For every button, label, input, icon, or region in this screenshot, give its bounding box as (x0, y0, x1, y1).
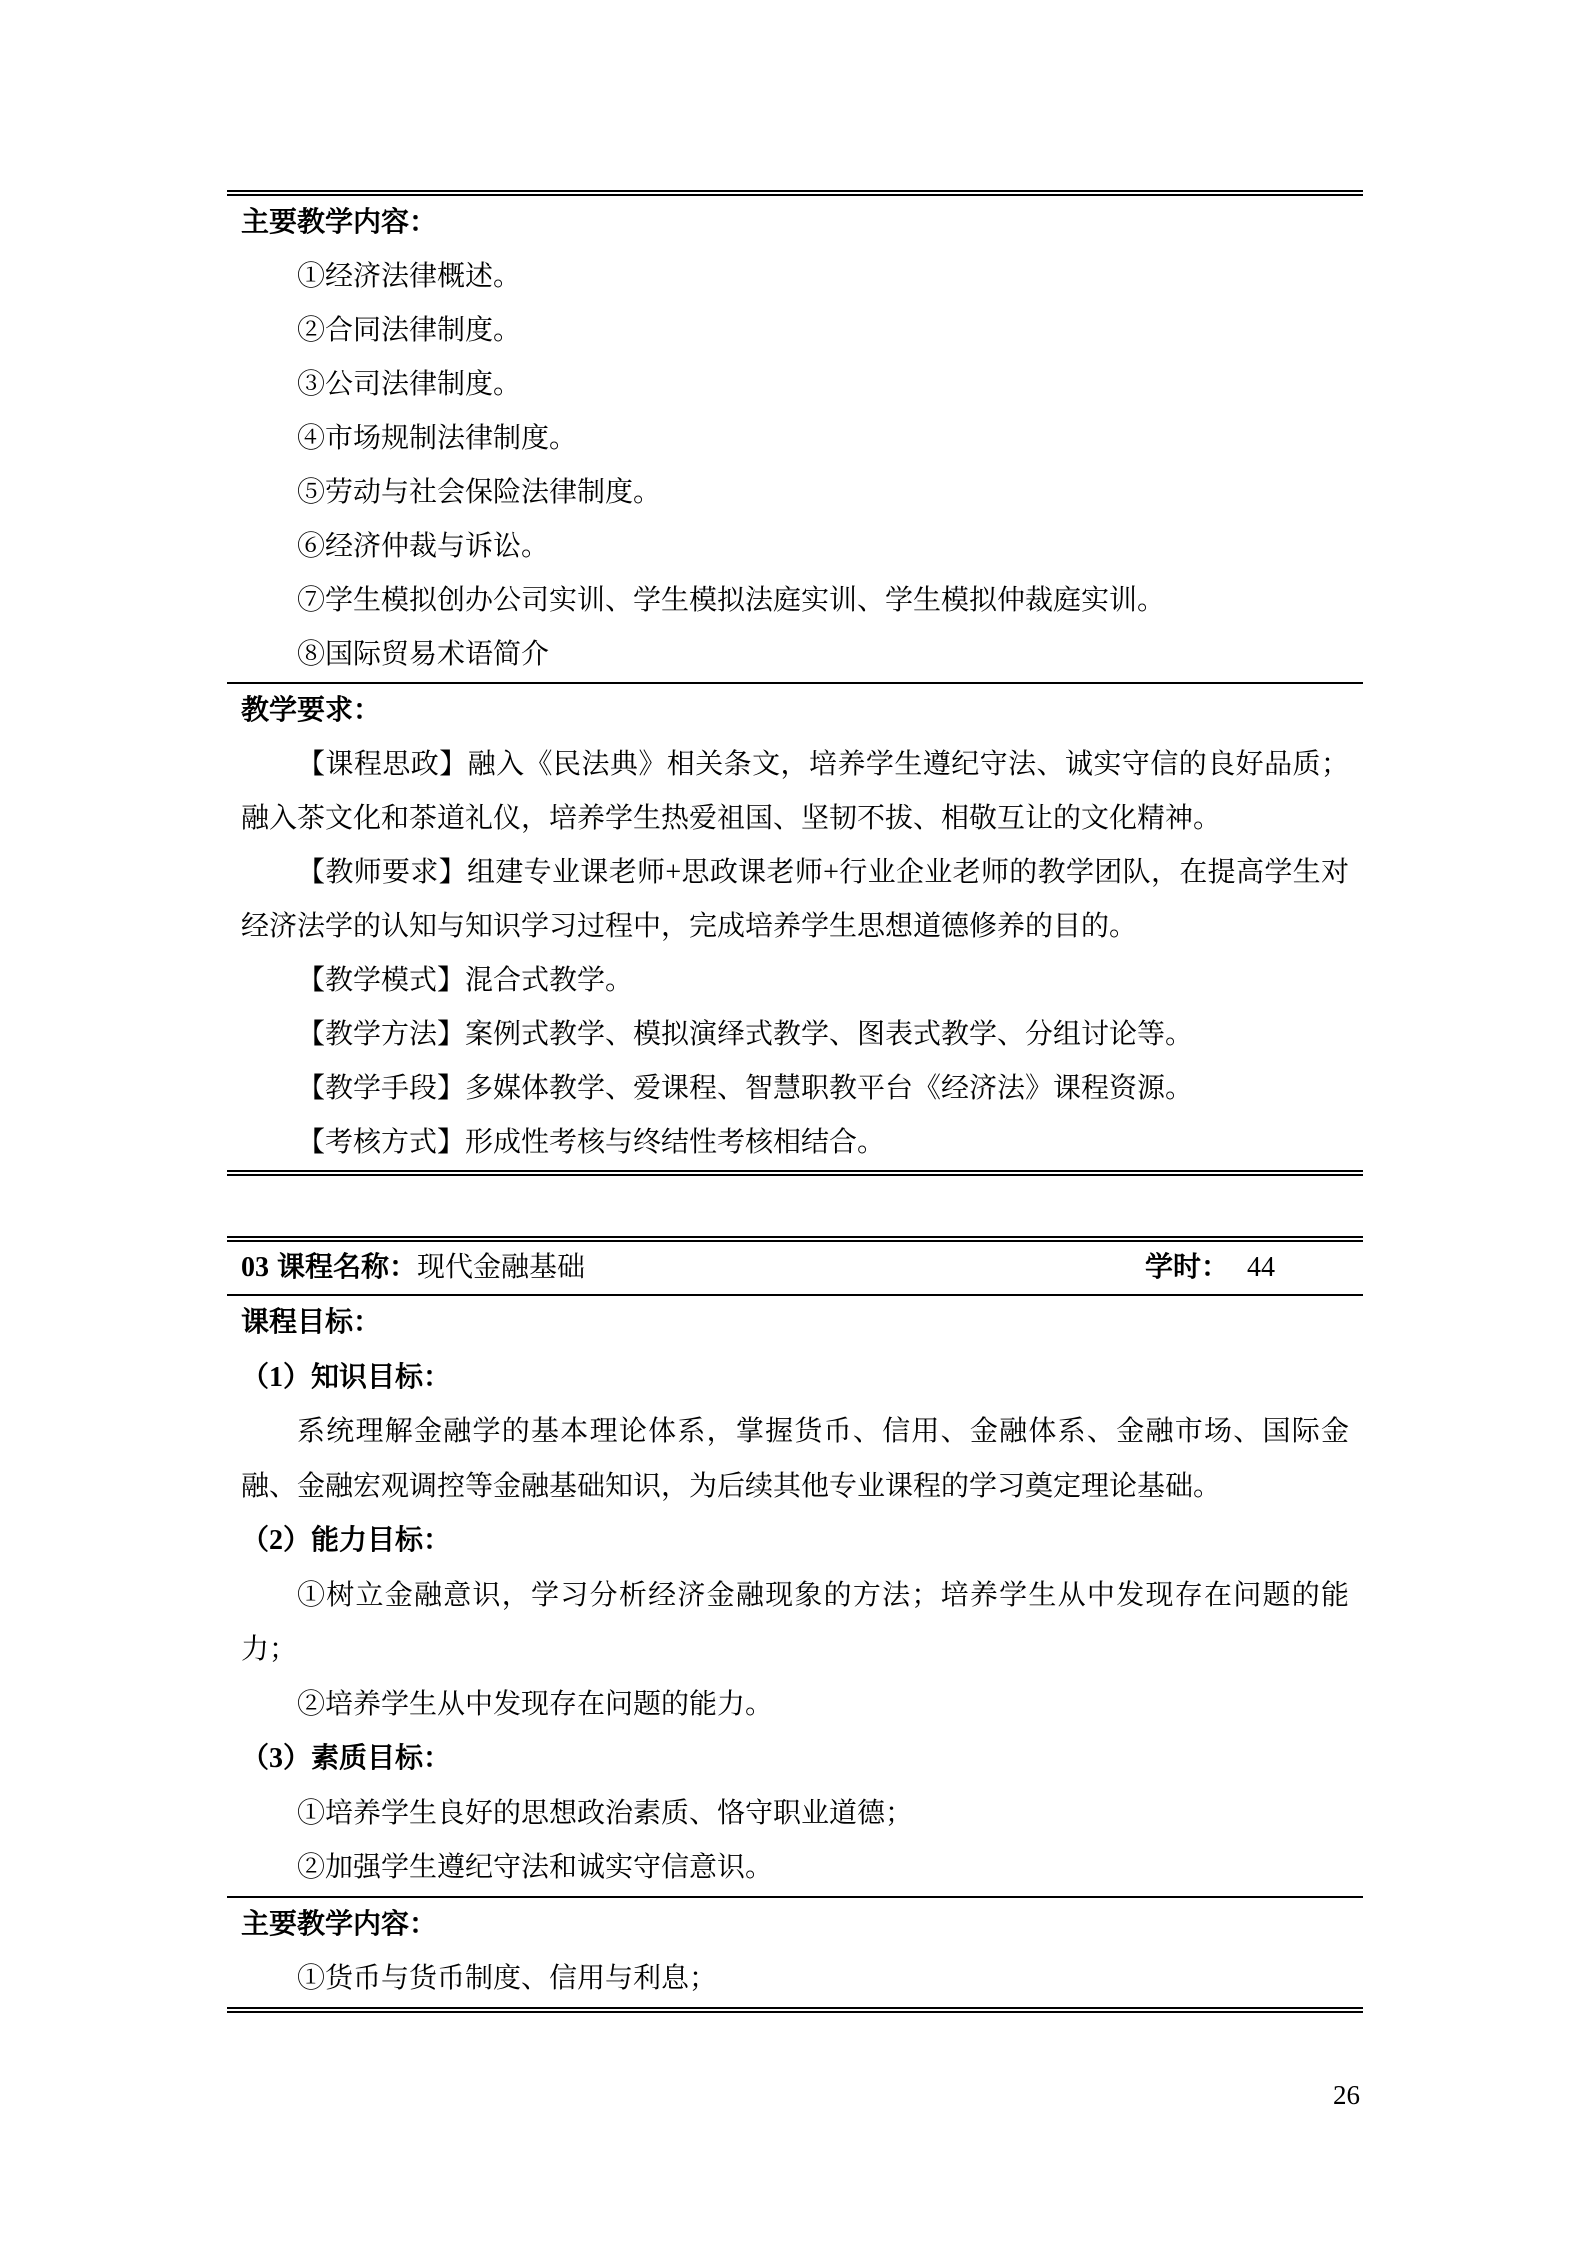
requirement-line: 【教学方法】案例式教学、模拟演绎式教学、图表式教学、分组讨论等。 (227, 1008, 1363, 1062)
hours-label: 学时： (1145, 1252, 1229, 1283)
requirement-line: 【课程思政】融入《民法典》相关条文，培养学生遵纪守法、诚实守信的良好品质； (227, 738, 1363, 792)
content-item-6: ⑥经济仲裁与诉讼。 (227, 520, 1363, 574)
objective-line: ①培养学生良好的思想政治素质、恪守职业道德； (227, 1787, 1363, 1842)
hours-value: 44 (1247, 1252, 1275, 1283)
content-item-1: ①货币与货币制度、信用与利息； (227, 1952, 1363, 2007)
course-hours: 学时：44 (1145, 1242, 1275, 1294)
objective-heading-knowledge: （1）知识目标： (227, 1351, 1363, 1406)
teaching-content-heading: 主要教学内容： (227, 196, 1363, 250)
document-page: 主要教学内容： ①经济法律概述。 ②合同法律制度。 ③公司法律制度。 ④市场规制… (0, 0, 1587, 2245)
requirement-line: 【教学手段】多媒体教学、爱课程、智慧职教平台《经济法》课程资源。 (227, 1062, 1363, 1116)
requirement-line: 【教师要求】组建专业课老师+思政课老师+行业企业老师的教学团队，在提高学生对 (227, 846, 1363, 900)
content-item-8: ⑧国际贸易术语简介 (227, 628, 1363, 682)
objective-line: ②培养学生从中发现存在问题的能力。 (227, 1678, 1363, 1733)
objective-heading-ability: （2）能力目标： (227, 1514, 1363, 1569)
content-item-5: ⑤劳动与社会保险法律制度。 (227, 466, 1363, 520)
objective-line: 力； (227, 1623, 1363, 1678)
content-item-2: ②合同法律制度。 (227, 304, 1363, 358)
course-name-label: 课程名称： (277, 1252, 417, 1283)
objective-line: ②加强学生遵纪守法和诚实守信意识。 (227, 1841, 1363, 1896)
requirement-line: 【教学模式】混合式教学。 (227, 954, 1363, 1008)
requirement-line: 融入茶文化和茶道礼仪，培养学生热爱祖国、坚韧不拔、相敬互让的文化精神。 (227, 792, 1363, 846)
content-item-3: ③公司法律制度。 (227, 358, 1363, 412)
course-code: 03 (241, 1252, 269, 1283)
requirement-line: 经济法学的认知与知识学习过程中，完成培养学生思想道德修养的目的。 (227, 900, 1363, 954)
objective-line: 融、金融宏观调控等金融基础知识，为后续其他专业课程的学习奠定理论基础。 (227, 1460, 1363, 1515)
course03-section: 03课程名称：现代金融基础 学时：44 课程目标： （1）知识目标： 系统理解金… (227, 1236, 1363, 2013)
syllabus-body: 主要教学内容： ①经济法律概述。 ②合同法律制度。 ③公司法律制度。 ④市场规制… (227, 190, 1363, 2013)
course-name: 现代金融基础 (417, 1252, 585, 1283)
content-item-4: ④市场规制法律制度。 (227, 412, 1363, 466)
content-item-1: ①经济法律概述。 (227, 250, 1363, 304)
objective-line: ①树立金融意识，学习分析经济金融现象的方法；培养学生从中发现存在问题的能 (227, 1569, 1363, 1624)
course-title-row: 03课程名称：现代金融基础 学时：44 (227, 1242, 1363, 1294)
objective-line: 系统理解金融学的基本理论体系，掌握货币、信用、金融体系、金融市场、国际金 (227, 1405, 1363, 1460)
page-number: 26 (227, 2080, 1360, 2110)
content-item-7: ⑦学生模拟创办公司实训、学生模拟法庭实训、学生模拟仲裁庭实训。 (227, 574, 1363, 628)
teaching-content-heading: 主要教学内容： (227, 1898, 1363, 1953)
course02-section: 主要教学内容： ①经济法律概述。 ②合同法律制度。 ③公司法律制度。 ④市场规制… (227, 190, 1363, 1176)
course-objectives-heading: 课程目标： (227, 1296, 1363, 1351)
objective-heading-quality: （3）素质目标： (227, 1732, 1363, 1787)
requirement-line: 【考核方式】形成性考核与终结性考核相结合。 (227, 1116, 1363, 1170)
teaching-requirements-heading: 教学要求： (227, 684, 1363, 738)
